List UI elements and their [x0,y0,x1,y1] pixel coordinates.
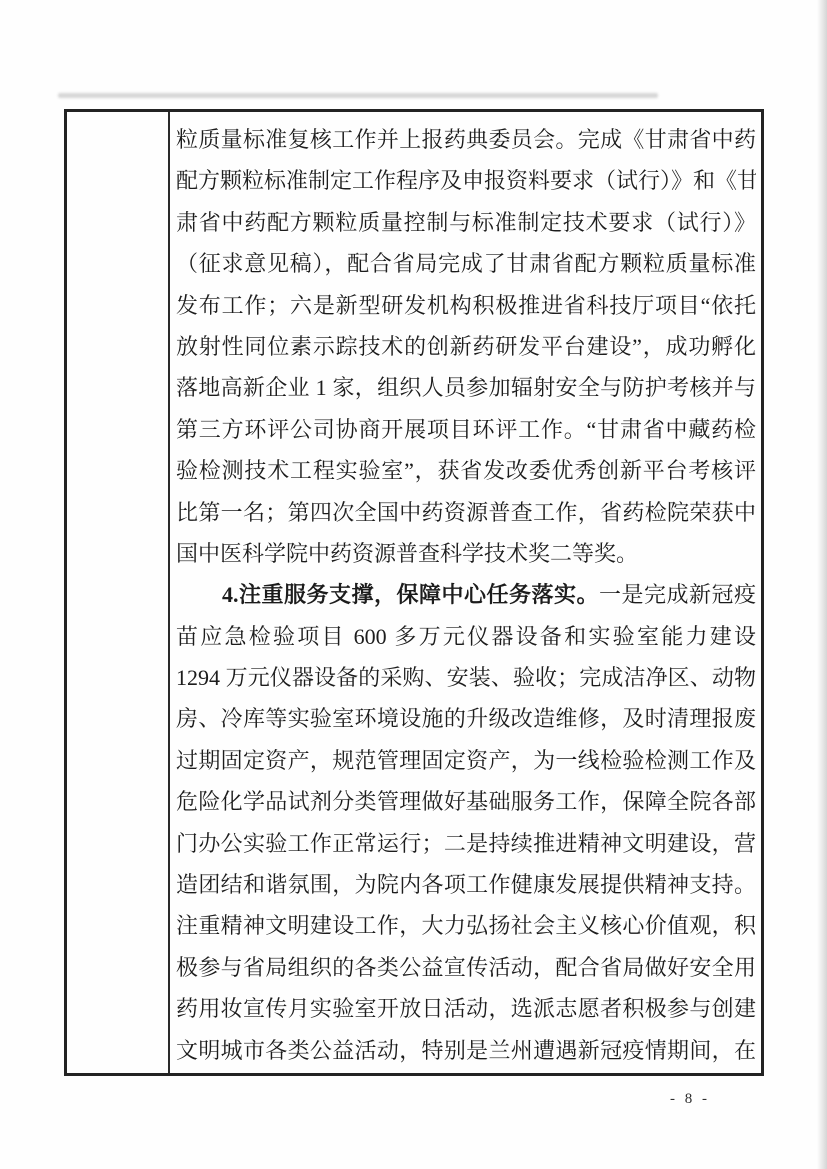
text-line: 房、冷库等实验室环境设施的升级改造维修，及时清理报废 [176,698,756,739]
text-line: 注重精神文明建设工作，大力弘扬社会主义核心价值观，积 [176,905,756,946]
text-line: 文明城市各类公益活动，特别是兰州遭遇新冠疫情期间，在 [176,1030,756,1071]
text-line: 落地高新企业 1 家，组织人员参加辐射安全与防护考核并与 [176,367,756,408]
text-line: 国中医科学院中药资源普查科学技术奖二等奖。 [176,533,756,574]
text-line: 肃省中药配方颗粒质量控制与标准制定技术要求（试行）》 [176,202,756,243]
page-number: - 8 - [640,1091,740,1108]
document-page: 粒质量标准复核工作并上报药典委员会。完成《甘肃省中药配方颗粒标准制定工作程序及申… [0,0,827,1169]
text-line: 药用妆宣传月实验室开放日活动，选派志愿者积极参与创建 [176,988,756,1029]
report-table: 粒质量标准复核工作并上报药典委员会。完成《甘肃省中药配方颗粒标准制定工作程序及申… [64,109,764,1076]
text-line: （征求意见稿），配合省局完成了甘肃省配方颗粒质量标准 [176,243,756,284]
text-line: 门办公实验工作正常运行；二是持续推进精神文明建设，营 [176,823,756,864]
text-line: 放射性同位素示踪技术的创新药研发平台建设”，成功孵化 [176,326,756,367]
text-line: 极参与省局组织的各类公益宣传活动，配合省局做好安全用 [176,947,756,988]
text-line: 4.注重服务支撑，保障中心任务落实。一是完成新冠疫 [176,574,756,615]
section-heading: 4.注重服务支撑，保障中心任务落实。 [222,582,599,607]
text-line: 比第一名；第四次全国中药资源普查工作，省药检院荣获中 [176,492,756,533]
text-line: 粒质量标准复核工作并上报药典委员会。完成《甘肃省中药 [176,119,756,160]
text-line: 验检测技术工程实验室”，获省发改委优秀创新平台考核评 [176,450,756,491]
text-line: 危险化学品试剂分类管理做好基础服务工作，保障全院各部 [176,781,756,822]
text-line: 苗应急检验项目 600 多万元仪器设备和实验室能力建设 [176,616,756,657]
scan-edge-shadow [817,0,827,1169]
text-line: 第三方环评公司协商开展项目环评工作。“甘肃省中藏药检 [176,409,756,450]
text-line: 配方颗粒标准制定工作程序及申报资料要求（试行）》和《甘 [176,160,756,201]
text-line: 过期固定资产，规范管理固定资产，为一线检验检测工作及 [176,740,756,781]
text-line: 1294 万元仪器设备的采购、安装、验收；完成洁净区、动物 [176,657,756,698]
text-line: 造团结和谐氛围，为院内各项工作健康发展提供精神支持。 [176,864,756,905]
text-column: 粒质量标准复核工作并上报药典委员会。完成《甘肃省中药配方颗粒标准制定工作程序及申… [170,112,761,1073]
text-line: 发布工作；六是新型研发机构积极推进省科技厅项目“依托 [176,285,756,326]
table-left-cell [67,112,170,1073]
scan-artifact-streak [58,93,658,98]
